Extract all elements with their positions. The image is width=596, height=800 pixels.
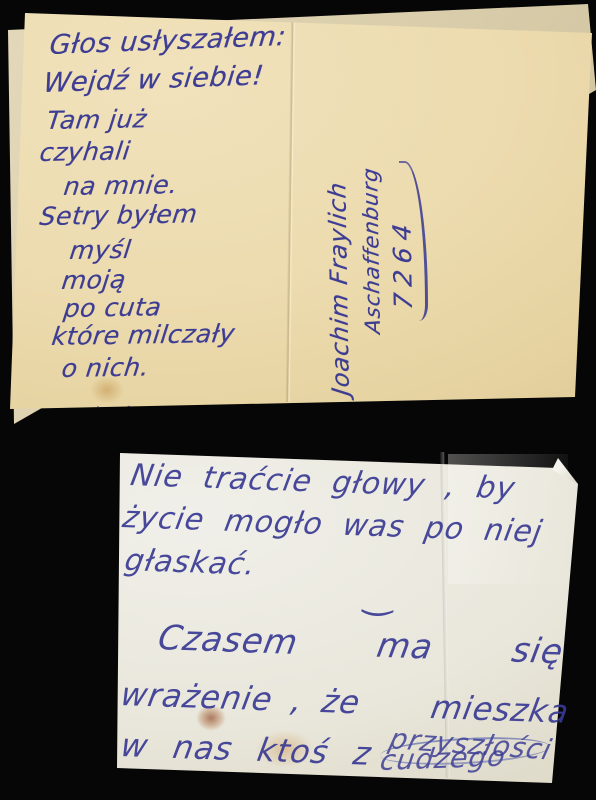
fold-crease (285, 14, 295, 402)
handwriting-line: Głos usłyszałem: (48, 21, 288, 61)
handwriting-line: po cuta (62, 292, 163, 323)
handwriting-line: Wejdź w siebie! (42, 60, 265, 99)
folded-card: Głos usłyszałem: Wejdź w siebie! Tam już… (0, 0, 596, 432)
signature-city: Aschaffenburg (358, 166, 385, 335)
note-paper (0, 440, 596, 800)
handwriting-line: myśl (68, 235, 133, 265)
pen-underline (399, 161, 428, 321)
handwriting-line: moją (60, 265, 128, 295)
handwriting-line: Tam już (45, 104, 148, 135)
handwriting-line: na mnie. (62, 170, 179, 201)
handwriting-line: czyhali (38, 136, 132, 167)
signature-block: Joachim Fraylich Aschaffenburg 7264 (325, 97, 455, 397)
photo-background: Głos usłyszałem: Wejdź w siebie! Tam już… (0, 0, 596, 800)
signature-name: Joachim Fraylich (323, 180, 355, 397)
handwriting-line: które milczały (50, 319, 237, 351)
handwriting-line: Setry byłem (38, 199, 199, 231)
pen-flourish: ‿ (98, 372, 132, 413)
